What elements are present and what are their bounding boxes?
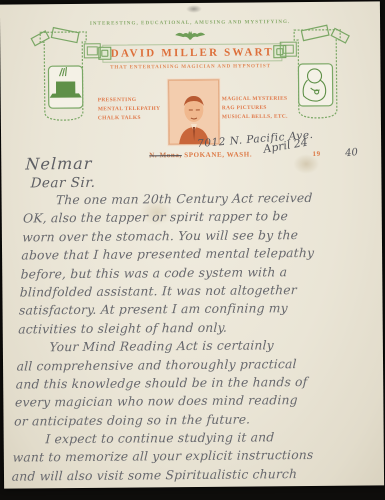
letter-body: Nelmar Dear Sir. The one man 20th Centur… [11,151,379,485]
letter-paper: INTERESTING, EDUCATIONAL, AMUSING AND MY… [0,1,384,488]
letterhead-name: DAVID MILLER SWART [111,46,274,59]
ghost-emblem [272,22,355,141]
paper-stain [186,5,202,13]
bat-icon [175,30,205,41]
portrait-photo [168,79,221,145]
body-line: and will also visit some Spiritualistic … [11,464,366,485]
services-right: MAGICAL MYSTERIES RAG PICTURES MUSICAL B… [222,95,308,122]
recipient-name: Nelmar [25,151,380,173]
name-banner: DAVID MILLER SWART [102,43,282,63]
service-line: MUSICAL BELLS, ETC. [222,113,308,123]
top-hat-rabbit-emblem [26,24,109,143]
